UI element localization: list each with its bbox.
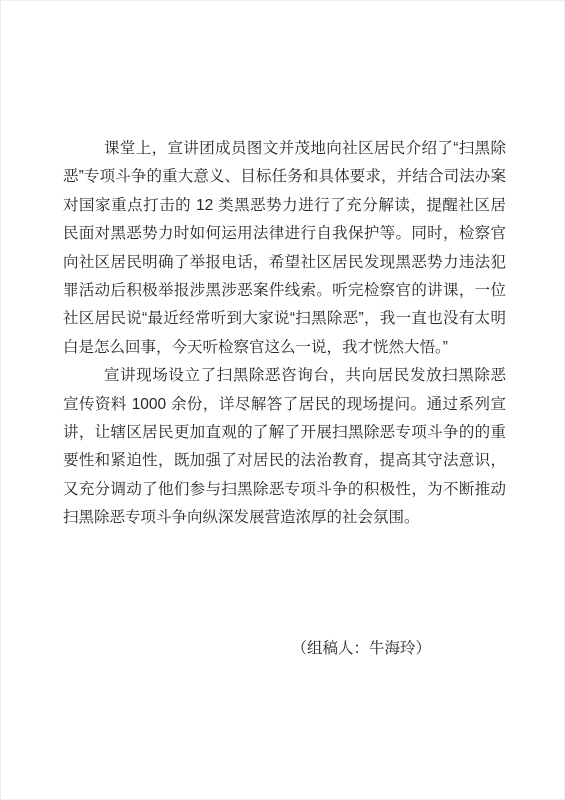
paragraph-event-summary: 宣讲现场设立了扫黑除恶咨询台，共向居民发放扫黑除恶宣传资料 1000 余份，详尽… — [63, 362, 506, 532]
byline-author: （组稿人：牛海玲） — [63, 635, 506, 663]
paragraph-lecture-content: 课堂上，宣讲团成员图文并茂地向社区居民介绍了“扫黑除恶”专项斗争的重大意义、目标… — [63, 135, 506, 362]
document-text-block: 课堂上，宣讲团成员图文并茂地向社区居民介绍了“扫黑除恶”专项斗争的重大意义、目标… — [63, 135, 506, 663]
document-page: 课堂上，宣讲团成员图文并茂地向社区居民介绍了“扫黑除恶”专项斗争的重大意义、目标… — [0, 0, 565, 800]
